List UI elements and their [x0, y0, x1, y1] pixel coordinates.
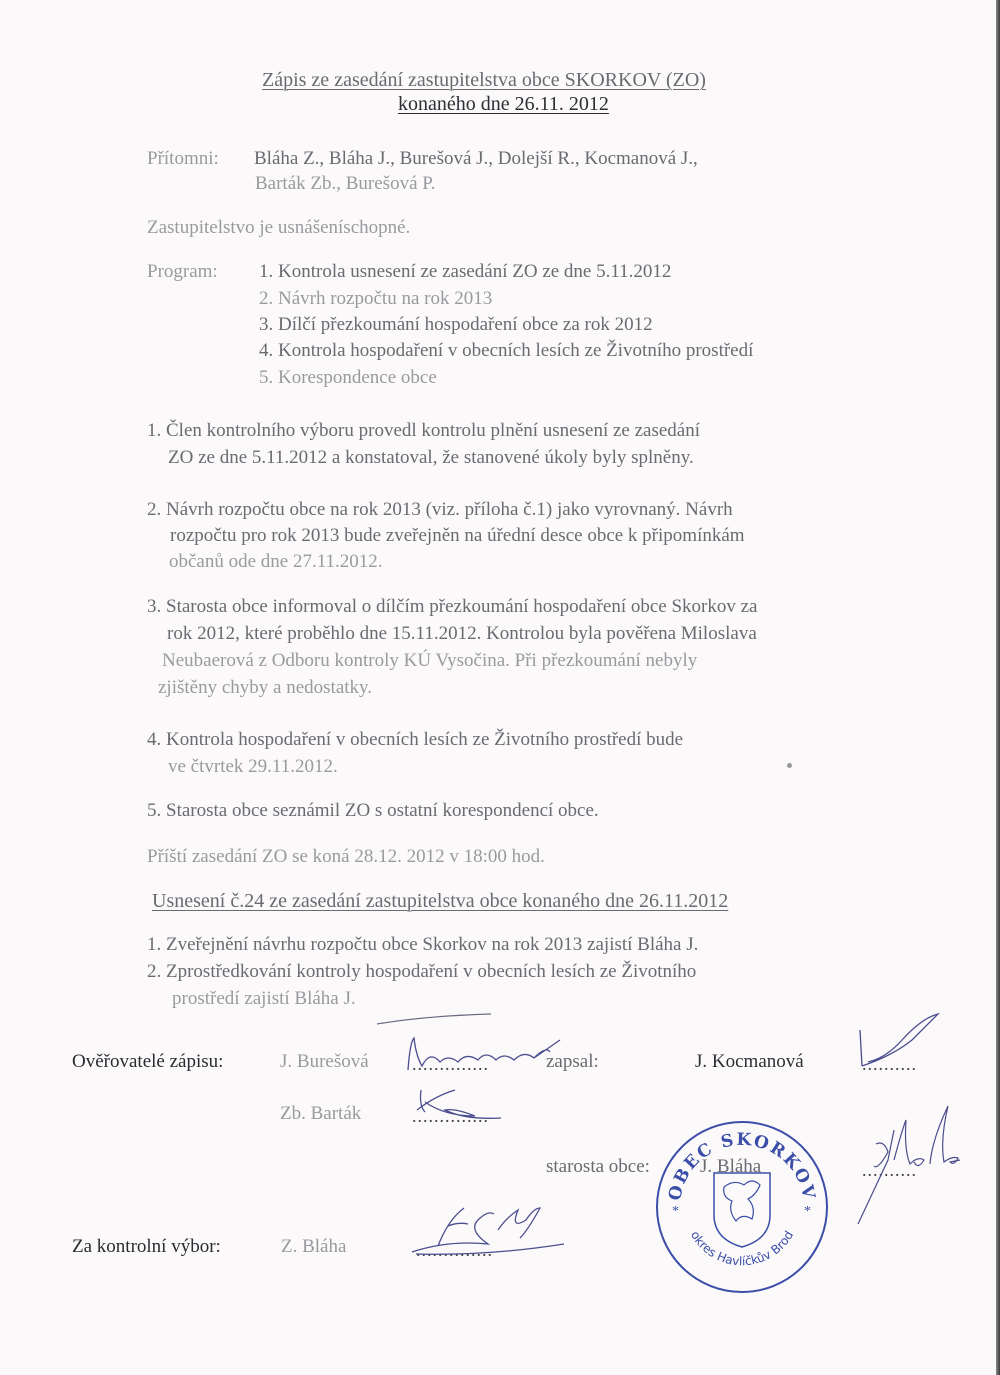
point-5: 5. Starosta obce seznámil ZO s ostatní k… — [147, 801, 599, 820]
point-3-line4: zjištěny chyby a nedostatky. — [158, 678, 372, 697]
point-3-line3: Neubaerová z Odboru kontroly KÚ Vysočina… — [162, 651, 697, 670]
mayor-label: starosta obce: — [546, 1157, 650, 1176]
scan-speck — [787, 763, 792, 768]
resolution-item-cont: prostředí zajistí Bláha J. — [172, 989, 356, 1008]
pen-stroke — [375, 1010, 495, 1030]
point-3-line2: rok 2012, které proběhlo dne 15.11.2012.… — [167, 624, 757, 643]
resolution-item: 2. Zprostředkování kontroly hospodaření … — [147, 962, 696, 981]
attendance-label: Přítomni: — [147, 149, 219, 168]
star-icon: * — [672, 1204, 679, 1219]
point-2-line3: občanů ode dne 27.11.2012. — [169, 552, 383, 571]
program-item: 5. Korespondence obce — [259, 368, 437, 387]
verifier-1-name: J. Burešová — [280, 1052, 369, 1071]
svg-text:okres Havlíčkův Brod: okres Havlíčkův Brod — [688, 1228, 796, 1268]
lion-icon — [724, 1181, 760, 1221]
quorum-statement: Zastupitelstvo je usnášeníschopné. — [147, 218, 410, 237]
program-item: 4. Kontrola hospodaření v obecních lesíc… — [259, 341, 753, 360]
point-3-line1: 3. Starosta obce informoval o dílčím pře… — [147, 597, 757, 616]
document-title-line1: Zápis ze zasedání zastupitelstva obce SK… — [262, 70, 706, 90]
resolution-item: 1. Zveřejnění návrhu rozpočtu obce Skork… — [147, 935, 698, 954]
program-label: Program: — [147, 262, 218, 281]
point-2-line2: rozpočtu pro rok 2013 bude zveřejněn na … — [170, 526, 745, 545]
point-2-line1: 2. Návrh rozpočtu obce na rok 2013 (viz.… — [147, 500, 733, 519]
star-icon: * — [804, 1204, 811, 1219]
point-4-line2: ve čtvrtek 29.11.2012. — [168, 757, 338, 776]
attendance-line1: Bláha Z., Bláha J., Burešová J., Dolejší… — [254, 149, 698, 168]
recorder-label: zapsal: — [546, 1052, 599, 1071]
verifiers-label: Ověřovatelé zápisu: — [72, 1052, 223, 1071]
mayor-signature — [848, 1100, 968, 1230]
program-item: 2. Návrh rozpočtu na rok 2013 — [259, 289, 492, 308]
program-item: 3. Dílčí přezkoumání hospodaření obce za… — [259, 315, 653, 334]
scan-page-edge — [996, 0, 1000, 1375]
attendance-line2: Barták Zb., Burešová P. — [255, 174, 435, 193]
committee-label: Za kontrolní výbor: — [72, 1237, 221, 1256]
point-1-line2: ZO ze dne 5.11.2012 a konstatoval, že st… — [168, 448, 694, 467]
verifier-1-signature — [400, 1032, 565, 1077]
point-4-line1: 4. Kontrola hospodaření v obecních lesíc… — [147, 730, 683, 749]
verifier-2-signature — [415, 1086, 505, 1126]
stamp-bottom-text: okres Havlíčkův Brod — [688, 1228, 796, 1268]
municipal-stamp: OBEC SKORKOV okres Havlíčkův Brod * * — [652, 1115, 832, 1295]
resolution-title: Usnesení č.24 ze zasedání zastupitelstva… — [152, 891, 728, 911]
recorder-signature — [852, 1010, 952, 1070]
verifier-2-name: Zb. Barták — [280, 1104, 361, 1123]
committee-name: Z. Bláha — [281, 1237, 346, 1256]
point-1-line1: 1. Člen kontrolního výboru provedl kontr… — [147, 421, 700, 440]
next-meeting: Příští zasedání ZO se koná 28.12. 2012 v… — [147, 847, 545, 866]
recorder-name: J. Kocmanová — [695, 1052, 804, 1071]
program-item: 1. Kontrola usnesení ze zasedání ZO ze d… — [259, 262, 671, 281]
committee-signature — [408, 1200, 568, 1260]
document-title-line2: konaného dne 26.11. 2012 — [398, 94, 609, 114]
